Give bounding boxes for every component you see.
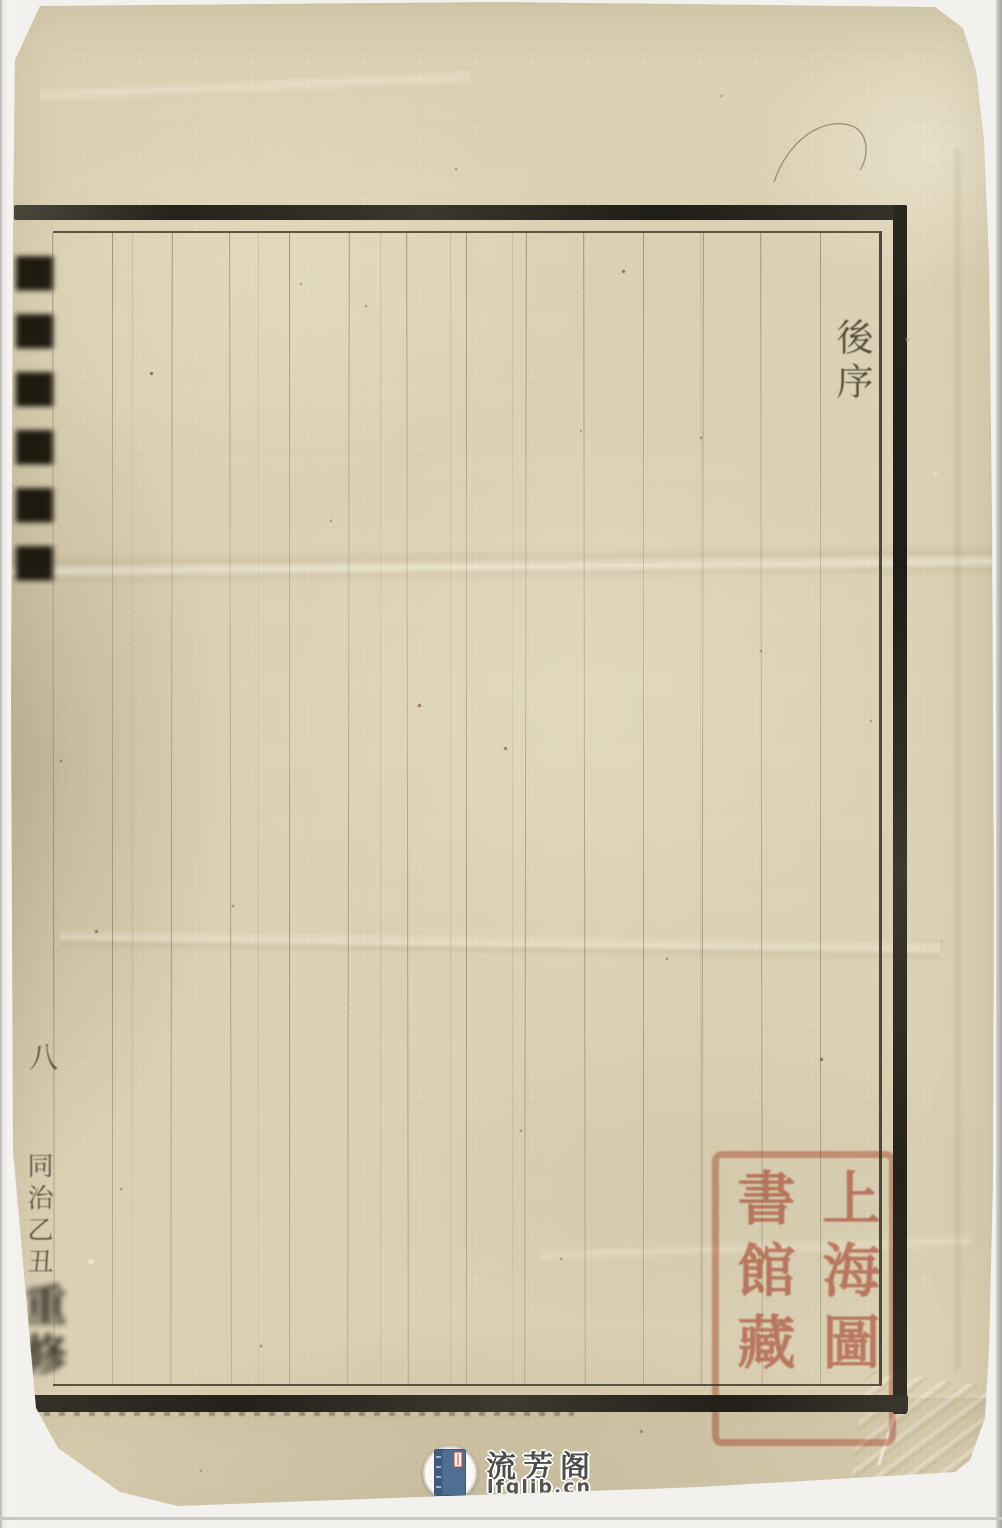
ruled-column-line (643, 233, 644, 1385)
paper-speck (120, 1188, 122, 1190)
paper-sheet: 上海圖 書館藏 後序 ■■■■■■ 八 同治乙丑 重修 (0, 0, 1002, 1528)
frame-inner-line (53, 231, 882, 1386)
paper-speck (455, 168, 457, 170)
paper-speck (260, 1345, 262, 1347)
spine-title-smudge: ■■■■■■ (6, 243, 63, 591)
ink-flecks (14, 1411, 574, 1416)
frame-border-top (14, 205, 907, 220)
paper-crease (952, 150, 964, 1370)
edition-smudge: 重修 (12, 1283, 73, 1381)
scanner-edge-right (996, 0, 1002, 1528)
ruled-column-line (466, 233, 467, 1385)
paper-speck (580, 430, 582, 432)
paper-speck (504, 747, 507, 750)
watermark: 流芳阁 lfglib.cn (418, 1438, 658, 1508)
paper-speck (365, 305, 367, 307)
ruled-column-ghost-line (450, 233, 451, 1385)
watermark-site-url: lfglib.cn (487, 1476, 592, 1498)
paper-speck (666, 958, 668, 960)
ruled-column-line (289, 233, 290, 1385)
paper-speck (88, 1259, 94, 1265)
paper-speck (560, 1258, 562, 1260)
paper-speck (418, 704, 421, 707)
paper-speck (940, 940, 943, 943)
section-title: 後序 (824, 318, 878, 406)
paper-speck (232, 905, 234, 907)
paper-speck (200, 1470, 202, 1472)
ruled-column-line (820, 233, 821, 1385)
paper-speck (700, 437, 702, 439)
scanner-edge-bottom (0, 1517, 1002, 1520)
paper-speck (520, 1130, 522, 1132)
paper-speck (300, 283, 302, 285)
paper-crease (40, 69, 470, 104)
ruled-column-ghost-line (512, 233, 513, 1385)
scanned-page: 上海圖 書館藏 後序 ■■■■■■ 八 同治乙丑 重修 (0, 0, 1002, 1528)
ruled-column-ghost-line (132, 233, 133, 1385)
page-number: 八 (22, 1042, 63, 1071)
paper-speck (95, 930, 98, 933)
paper-speck (933, 472, 937, 476)
ruled-column-ghost-line (380, 233, 381, 1385)
paper-speck (760, 650, 762, 652)
frame-border-bottom (14, 1395, 908, 1412)
ruled-column-ghost-line (700, 233, 701, 1385)
frame-border-right (893, 205, 907, 1414)
paper-speck (150, 372, 153, 375)
hair-fiber (768, 110, 878, 195)
ruled-column-ghost-line (258, 233, 259, 1385)
paper-speck (622, 270, 625, 273)
paper-speck (720, 95, 722, 97)
paper-speck (906, 338, 909, 341)
ruled-column-line (112, 233, 113, 1385)
paper-speck (330, 520, 332, 522)
paper-speck (870, 720, 872, 722)
stitched-book-icon (434, 1449, 466, 1496)
paper-speck (640, 1430, 643, 1433)
paper-speck (820, 1058, 823, 1061)
scanner-edge-left (0, 0, 13, 1528)
edition-date: 同治乙丑 (20, 1152, 57, 1280)
paper-speck (60, 760, 62, 762)
